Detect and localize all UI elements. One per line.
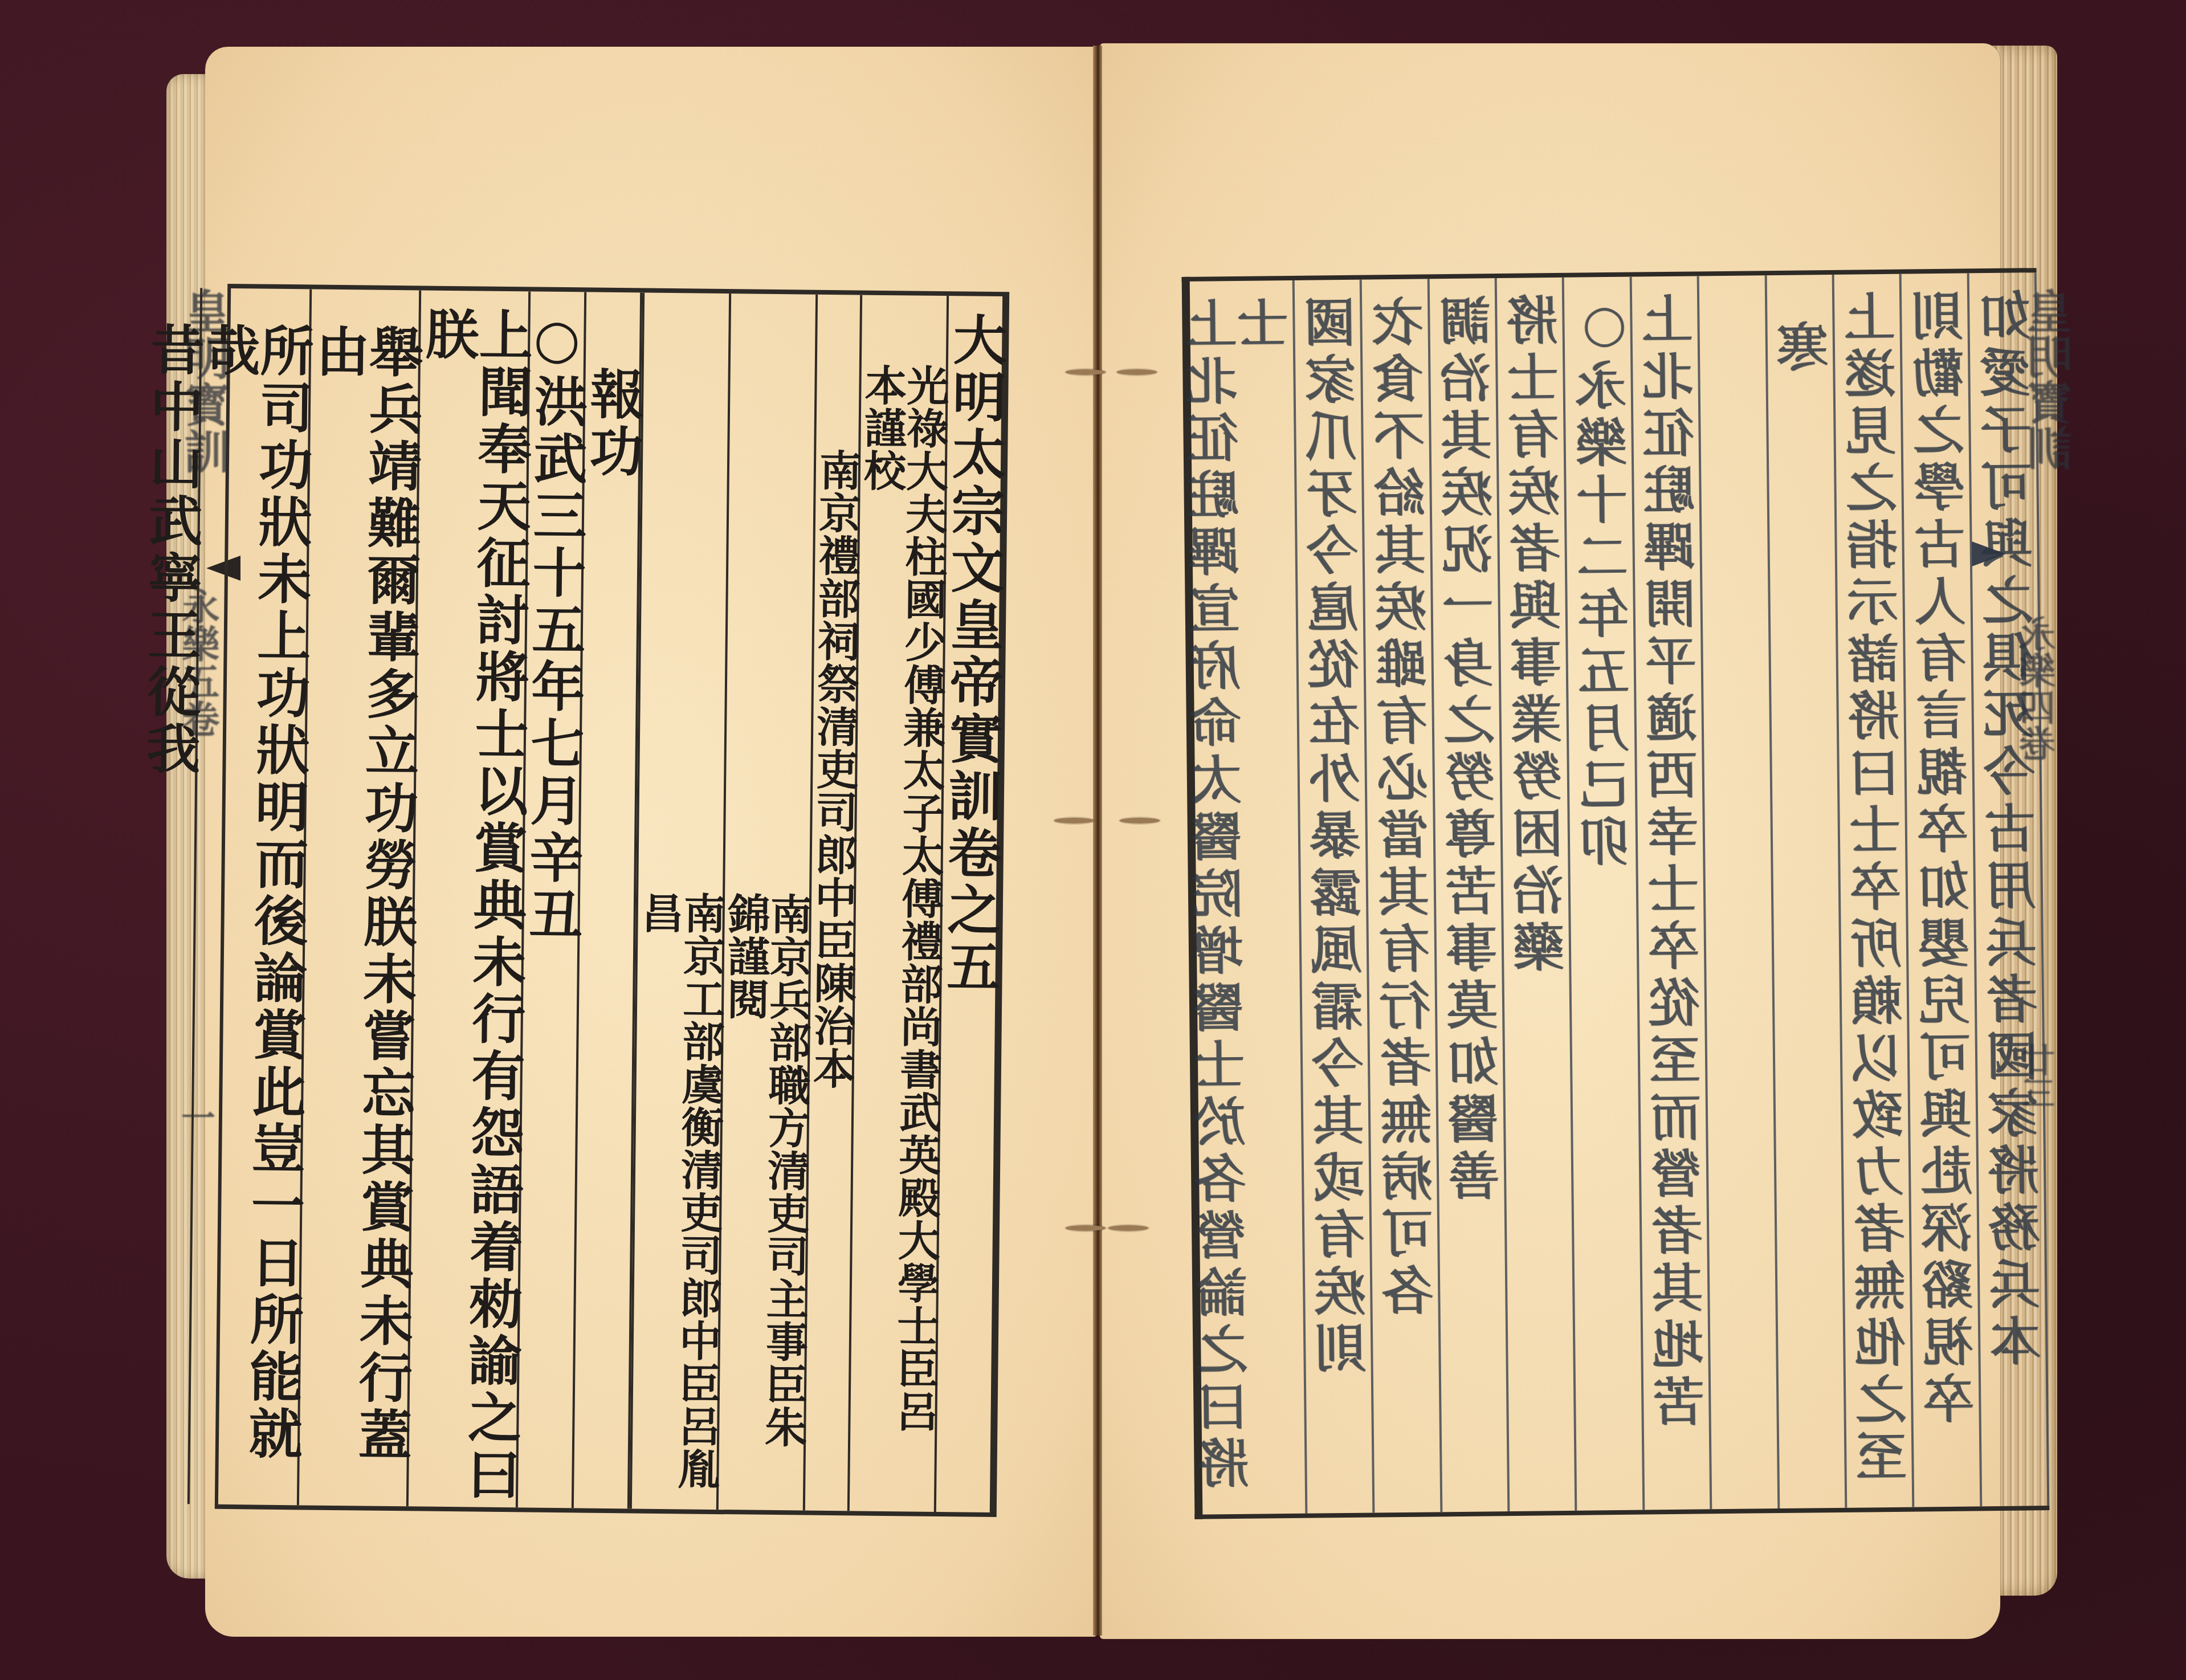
bleed-column: 調治其疾況一身之勞尊苦事莫如醫善 [1429, 278, 1510, 1512]
bleed-column: 上遂見之指示諸將曰士卒所賴以致力者無他之至 [1834, 274, 1915, 1508]
bleed-column: ○永樂十二年五月己卯 [1564, 277, 1645, 1511]
editor-credit: 南京工部虞衡清吏司郎中臣呂胤昌 [634, 891, 726, 1490]
open-book-scan: 皇明寳訓 永樂五卷 一 皇明寳訓 永樂四卷 廿三 大明太宗文皇帝實訓卷之五 光祿… [0, 0, 2186, 1680]
column-editor: 南京工部虞衡清吏司郎中臣呂胤昌 [630, 292, 729, 1509]
stitch-hole [1108, 1225, 1148, 1231]
bleed-column: 寒 [1767, 275, 1847, 1508]
body-text: 所司功狀未上功狀明而後論賞此豈一日所能就哉 [197, 322, 314, 1463]
column-body: 上聞奉天征討將士以賞典未行有怨語着勑諭之曰朕 [406, 290, 528, 1507]
body-text: 上聞奉天征討將士以賞典未行有怨語着勑諭之曰朕 [416, 306, 533, 1504]
editor-credit: 光祿大夫柱國少傅兼太子太傅禮部尚書武英殿大學士臣呂 本謹校 [857, 363, 949, 1475]
editor-credit: 南京兵部職方清吏司主事臣朱 錦謹閱 [720, 892, 813, 1491]
column-editor: 光祿大夫柱國少傅兼太子太傅禮部尚書武英殿大學士臣呂 本謹校 [847, 295, 947, 1511]
column-editor: 南京兵部職方清吏司主事臣朱 錦謹閱 [716, 293, 815, 1510]
stitch-hole [1054, 818, 1094, 823]
body-text: 昔中山武寧王從我 [137, 321, 204, 778]
bleed-column: 將士有疾者與事業勞困治藥 [1497, 278, 1577, 1511]
bleed-column [1699, 275, 1780, 1509]
stitch-hole [1117, 369, 1157, 375]
body-text: 舉兵靖難爾輩多立功勞朕未嘗忘其賞典未行蓋由 [307, 323, 423, 1464]
bleed-column: 國家爪牙今扈從在外暴露風霜今其或有疾則 [1295, 280, 1375, 1514]
editor-credit: 南京禮部祠祭清吏司郎中臣陳治本 [806, 448, 862, 1090]
bleed-column: 則勸之學古人有言覩卒如嬰兒可與赴深谿視卒 [1902, 273, 1982, 1507]
right-page-text-frame: 上北征駐蹕宣府命太醫院增醫士於各營論之曰將士 國家爪牙今扈從在外暴露風霜今其或有… [1182, 268, 2050, 1519]
column-body: 所司功狀未上功狀明而後論賞此豈一日所能就哉 [187, 288, 309, 1505]
bleed-column: 上北征駐蹕開平適西幸士卒從至而營者其地苦 [1632, 276, 1712, 1510]
column-body: 舉兵靖難爾輩多立功勞朕未嘗忘其賞典未行蓋由 [297, 289, 419, 1506]
bleed-column: 上北征駐蹕宣府命太醫院增醫士於各營論之曰將士 [1190, 280, 1308, 1515]
bleed-column: 如愛子可與之俱死今古用兵者國家將務兵本 [1969, 272, 2049, 1506]
left-page-text-frame: 大明太宗文皇帝實訓卷之五 光祿大夫柱國少傅兼太子太傅禮部尚書武英殿大學士臣呂 本… [215, 284, 1009, 1517]
stitch-hole [1066, 369, 1106, 375]
book-gutter [1093, 46, 1102, 1636]
section-heading: 報功 [580, 366, 644, 480]
stitch-hole [1120, 818, 1160, 823]
bleed-column: 衣食不給其疾雖有必當其有行者無病可各 [1362, 279, 1442, 1512]
stitch-hole [1066, 1225, 1106, 1231]
